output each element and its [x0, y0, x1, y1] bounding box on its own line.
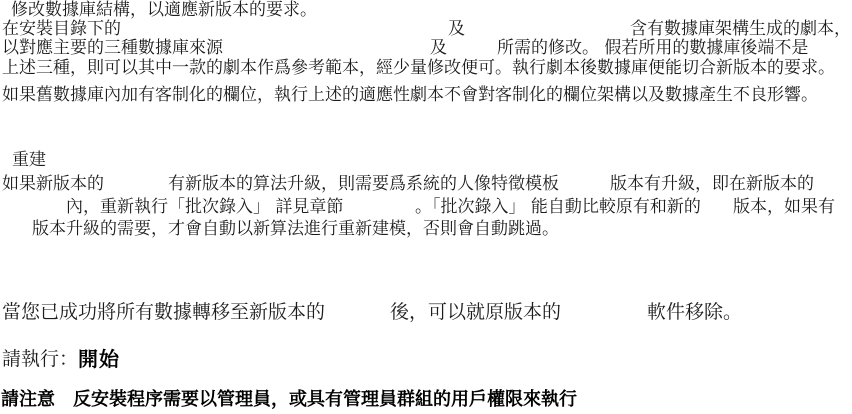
text-segment: 。「批次錄入」 能自動比較原有和新的	[415, 198, 701, 217]
text-segment: 及	[448, 20, 465, 39]
section-heading: 重建	[12, 151, 46, 170]
document-page: 修改數據庫結構，以適應新版本的要求。 在安裝目錄下的 及 含有數據庫架構生成的劇…	[0, 0, 852, 414]
text-segment: 內，重新執行「批次錄入」 詳見章節	[66, 198, 343, 217]
text-line: 版本升級的需要，才會自動以新算法進行重新建模，否則會自動跳過。	[32, 220, 559, 239]
run-action: 開始	[78, 348, 120, 370]
text-line: 如果舊數據庫內加有客制化的欄位，執行上述的適應性劇本不會對客制化的欄位架構以及數…	[2, 86, 818, 105]
text-segment: 後，可以就原版本的	[390, 302, 561, 323]
text-segment: 所需的修改。 假若所用的數據庫後端不是	[497, 39, 808, 58]
notice-body: 反安裝程序需要以管理員，或具有管理員群組的用戶權限來執行	[73, 389, 577, 410]
run-prefix: 請執行：	[2, 349, 78, 370]
text-segment: 如果新版本的	[2, 175, 104, 194]
text-segment: 在安裝目錄下的	[2, 20, 121, 39]
text-line: 上述三種，則可以其中一款的劇本作爲參考範本，經少量修改便可。執行劇本後數據庫便能…	[2, 59, 835, 78]
text-segment: 有新版本的算法升級，則需要爲系統的人像特徵模板	[168, 175, 559, 194]
text-segment: 含有數據庫架構生成的劇本，	[630, 20, 851, 39]
text-segment: 及	[430, 39, 447, 58]
text-segment: 版本有升級，即在新版本的	[610, 175, 814, 194]
text-segment: 以對應主要的三種數據庫來源	[2, 39, 223, 58]
text-segment: 當您已成功將所有數據轉移至新版本的	[2, 302, 325, 323]
text-segment: 軟件移除。	[647, 302, 742, 323]
text-segment: 版本，如果有	[733, 198, 835, 217]
text-line: 修改數據庫結構，以適應新版本的要求。	[11, 1, 317, 20]
notice-label: 請注意	[1, 389, 55, 410]
